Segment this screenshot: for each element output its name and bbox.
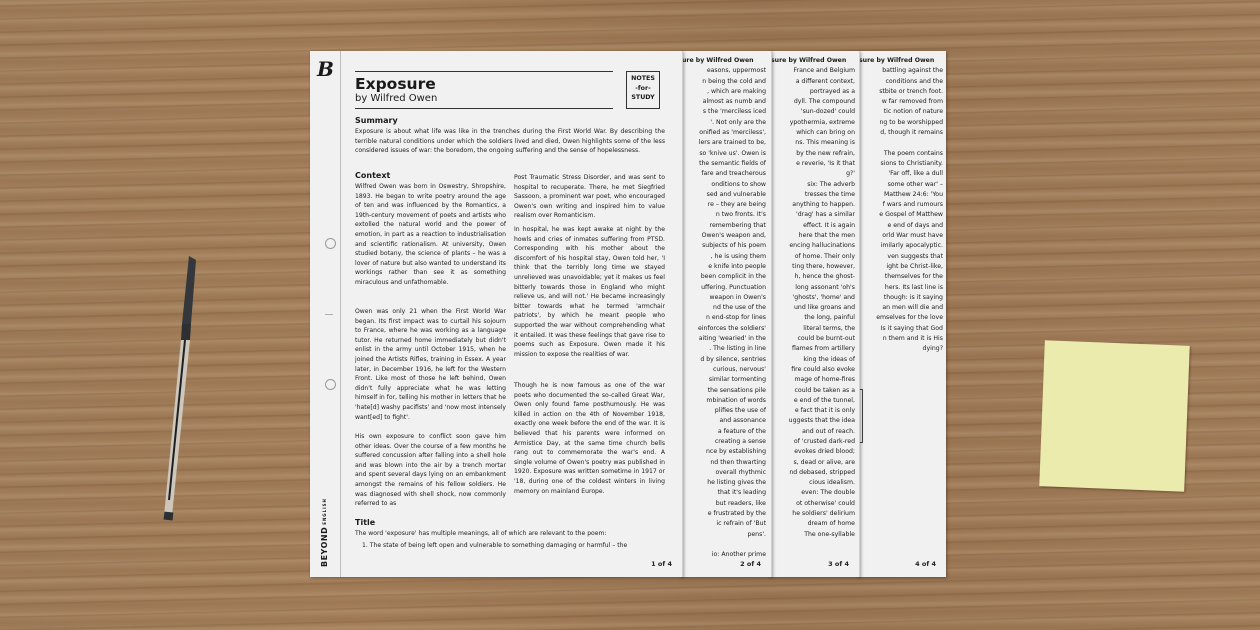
text-line: orld War must have [859,231,943,241]
text-line: tresses the time [771,190,855,200]
text-line: a feature of the [682,427,766,437]
page-subtitle: by Wilfred Owen [355,93,437,104]
text-line: the sensations pile [682,386,766,396]
text-line: ven suggests that [859,252,943,262]
text-line: a different context, [771,77,855,87]
text-line: curious, nervous' [682,365,766,375]
text-line: though: is it saying [859,293,943,303]
text-line: here that the men [771,231,855,241]
text-line: ting there, however, [771,262,855,272]
context-paragraph-6: Though he is now famous as one of the wa… [514,381,665,496]
text-line: imilarly apocalyptic. [859,241,943,251]
page-3: sure by Wilfred OwenFrance and Belgiuma … [769,51,860,577]
text-line: mage of home-fires [771,375,855,385]
text-line: Owen's weapon and, [682,231,766,241]
text-line: e knife into people [682,262,766,272]
text-line: which can bring on [771,128,855,138]
text-line: 'drag' has a similar [771,210,855,220]
text-line: of home. Their only [771,252,855,262]
text-line: France and Belgium [771,66,855,76]
text-line: some other war' – [859,180,943,190]
text-line: battling against the [859,66,943,76]
text-line: ot otherwise' could [771,499,855,509]
text-line: dying? [859,344,943,354]
text-line: ypothermia, extreme [771,118,855,128]
text-line: uffering. Punctuation [682,283,766,293]
title-list-item-1: 1. The state of being left open and vuln… [362,541,665,551]
ballpoint-pen [163,254,203,524]
text-line: s the 'merciless iced [682,107,766,117]
text-line: themselves for the [859,272,943,282]
text-line: fire could also evoke [771,365,855,375]
text-line: Is it saying that God [859,324,943,334]
text-line: sed and vulnerable [682,190,766,200]
text-line: '. Not only are the [682,118,766,128]
page-number: 2 of 4 [740,560,761,568]
text-line: e fact that it is only [771,406,855,416]
text-line: e frustrated by the [682,509,766,519]
text-line: and out of reach. [771,427,855,437]
text-line: of 'crusted dark-red [771,437,855,447]
text-line: tic notion of nature [859,107,943,117]
text-line: six: The adverb [771,180,855,190]
text-line: so 'knive us'. Owen is [682,149,766,159]
text-line: ns. This meaning is [771,138,855,148]
text-line: fare and treacherous [682,169,766,179]
text-line: ic refrain of 'But [682,519,766,529]
page-3-text: sure by Wilfred OwenFrance and Belgiuma … [771,56,855,540]
text-line: w far removed from [859,97,943,107]
text-line: creating a sense [682,437,766,447]
context-heading: Context [355,171,390,180]
pen-icon [164,256,196,521]
context-paragraph-3: His own exposure to conflict soon gave h… [355,432,506,509]
text-line: 'Far off, like a dull [859,169,943,179]
page-4: sure by Wilfred Owenbattling against the… [857,51,946,577]
text-line: io: Another prime [682,550,766,560]
text-line: nd then thwarting [682,458,766,468]
text-line: and assonance [682,416,766,426]
text-line [859,138,943,148]
summary-text: Exposure is about what life was like in … [355,127,665,156]
text-line: emselves for the love [859,313,943,323]
text-line: e reverie, 'Is it that [771,159,855,169]
text-line: ng to be worshipped [859,118,943,128]
text-line: n them and it is His [859,334,943,344]
text-line: , which are making [682,87,766,97]
text-line: e end of the tunnel, [771,396,855,406]
text-line: pens'. [682,530,766,540]
text-line: could be taken as a [771,386,855,396]
text-line: Matthew 24:6: 'You [859,190,943,200]
text-line [682,540,766,550]
page-number: 4 of 4 [915,560,936,568]
text-line: n two fronts. It's [682,210,766,220]
text-line: n being the cold and [682,77,766,87]
text-line: king the ideas of [771,355,855,365]
binding-gutter: B BEYONDENGLISH [310,51,341,577]
title-heading: Title [355,518,375,527]
text-line: weapon in Owen's [682,293,766,303]
text-line: overall rhythmic [682,468,766,478]
text-line: plifies the use of [682,406,766,416]
text-line: nce by establishing [682,447,766,457]
page-2: ure by Wilfred Oweneasons, uppermostn be… [680,51,772,577]
text-line: anything to happen. [771,200,855,210]
fold-mark [325,314,333,315]
brand-wordmark: BEYONDENGLISH [320,498,329,567]
page-2-text: ure by Wilfred Oweneasons, uppermostn be… [682,56,766,561]
text-line: e Gospel of Matthew [859,210,943,220]
text-line: almost as numb and [682,97,766,107]
text-line: subjects of his poem [682,241,766,251]
text-line: ure by Wilfred Owen [682,56,766,66]
text-line: similar tormenting [682,375,766,385]
context-paragraph-2: Owen was only 21 when the First World Wa… [355,307,506,422]
text-line: und like groans and [771,303,855,313]
text-line: effect. It is again [771,221,855,231]
text-line: onditions to show [682,180,766,190]
text-line: he listing gives the [682,478,766,488]
text-line: uggests that the idea [771,416,855,426]
text-line: 'ghosts', 'home' and [771,293,855,303]
text-line: onified as 'merciless', [682,128,766,138]
text-line: flames from artillery [771,344,855,354]
punch-hole-icon [325,379,336,390]
page-number: 1 of 4 [651,560,672,568]
title-block: Exposure by Wilfred Owen [355,71,613,109]
text-line: einforces the soldiers' [682,324,766,334]
page-title: Exposure [355,75,436,93]
text-line: dyll. The compound [771,97,855,107]
text-line: remembering that [682,221,766,231]
text-line: sions to Christianity. [859,159,943,169]
text-line: sure by Wilfred Owen [859,56,943,66]
text-line: aiting 'wearied' in the [682,334,766,344]
text-line: encing hallucinations [771,241,855,251]
text-line: dream of home [771,519,855,529]
text-line: even: The double [771,488,855,498]
page-4-text: sure by Wilfred Owenbattling against the… [859,56,943,355]
text-line: that it's leading [682,488,766,498]
title-text: The word 'exposure' has multiple meaning… [355,529,665,539]
text-line: e end of days and [859,221,943,231]
text-line: lers are trained to be, [682,138,766,148]
context-paragraph-4: Post Traumatic Stress Disorder, and was … [514,173,665,221]
punch-hole-icon [325,238,336,249]
text-line: an men will die and [859,303,943,313]
context-paragraph-1: Wilfred Owen was born in Oswestry, Shrop… [355,182,506,288]
text-line: but readers, like [682,499,766,509]
text-line: long assonant 'oh's [771,283,855,293]
text-line: stbite or trench foot. [859,87,943,97]
text-line: , he is using them [682,252,766,262]
text-line: the semantic fields of [682,159,766,169]
page-content: Exposure by Wilfred Owen NOTES -for- STU… [354,51,672,577]
text-line: sure by Wilfred Owen [771,56,855,66]
text-line: f wars and rumours [859,200,943,210]
text-line: re – they are being [682,200,766,210]
text-line: The one-syllable [771,530,855,540]
beyond-logo-icon: B [317,59,333,79]
text-line: could be burnt-out [771,334,855,344]
page-number: 3 of 4 [828,560,849,568]
text-line: g?' [771,169,855,179]
sticky-note [1039,340,1189,491]
text-line: ight be Christ-like, [859,262,943,272]
context-paragraph-5: In hospital, he was kept awake at night … [514,225,665,359]
text-line: portrayed as a [771,87,855,97]
text-line: d by silence, sentries [682,355,766,365]
text-line: nd the use of the [682,303,766,313]
text-line: the long, painful [771,313,855,323]
text-line: cious idealism. [771,478,855,488]
text-line: nd debased, stripped [771,468,855,478]
text-line: d, though it remains [859,128,943,138]
page-1: B BEYONDENGLISH Exposure by Wilfred Owen… [310,51,683,577]
text-line: easons, uppermost [682,66,766,76]
text-line: 'sun-dozed' could [771,107,855,117]
text-line: h, hence the ghost- [771,272,855,282]
text-line: he soldiers' delirium [771,509,855,519]
text-line: The poem contains [859,149,943,159]
text-line: . The listing in line [682,344,766,354]
text-line: conditions and the [859,77,943,87]
text-line: mbination of words [682,396,766,406]
text-line: s, dead or alive, are [771,458,855,468]
notes-for-study-badge: NOTES -for- STUDY [626,71,660,109]
text-line: literal terms, the [771,324,855,334]
text-line: hers. Its last line is [859,283,943,293]
text-line: by the new refrain, [771,149,855,159]
text-line: evokes dried blood; [771,447,855,457]
text-line: been complicit in the [682,272,766,282]
text-line: n end-stop for lines [682,313,766,323]
summary-heading: Summary [355,116,398,125]
